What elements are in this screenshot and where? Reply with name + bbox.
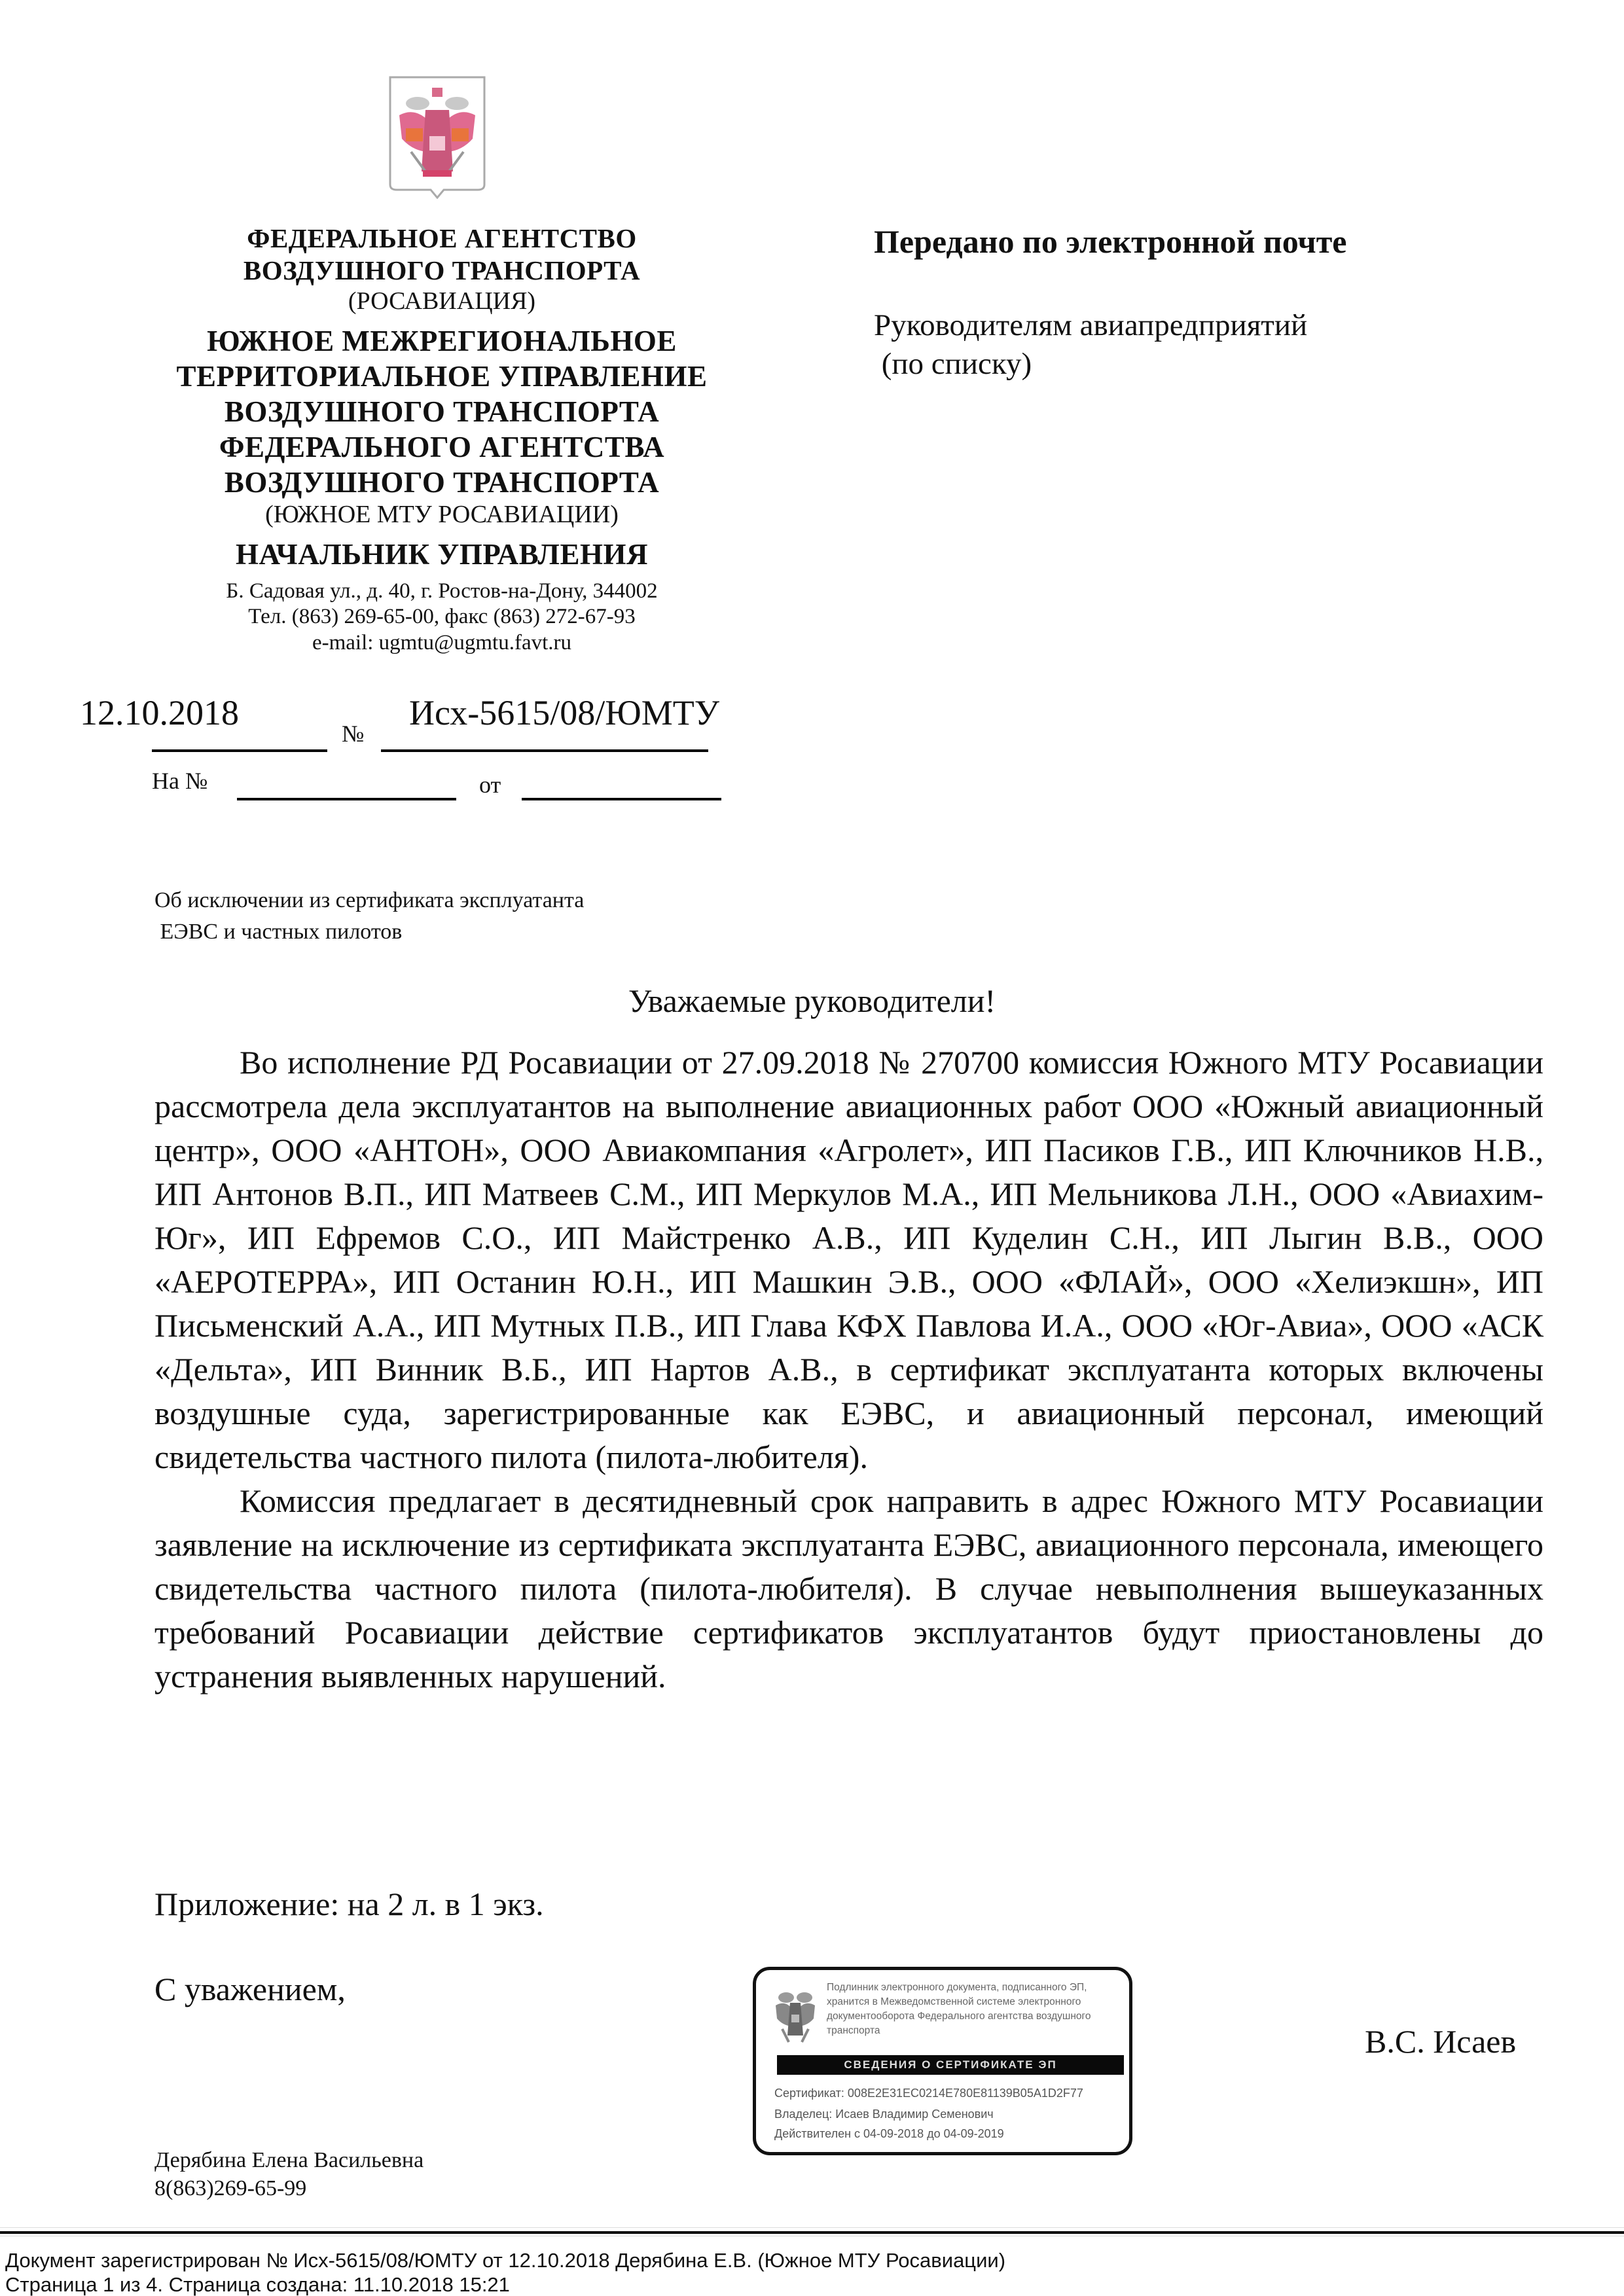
agency-name-line2: ВОЗДУШНОГО ТРАНСПОРТА (131, 255, 753, 287)
registration-footer: Документ зарегистрирован № Исх-5615/08/Ю… (5, 2229, 1005, 2296)
email[interactable]: e-mail: ugmtu@ugmtu.favt.ru (131, 630, 753, 656)
executor: Дерябина Елена Васильевна 8(863)269-65-9… (154, 2147, 424, 2202)
russian-coat-of-arms-icon (388, 73, 487, 199)
delivery-note: Передано по электронной почте (874, 223, 1528, 260)
russian-coat-of-arms-icon (773, 1986, 818, 2049)
registration-info: Документ зарегистрирован № Исх-5615/08/Ю… (5, 2248, 1005, 2272)
document-number: Исх-5615/08/ЮМТУ (409, 692, 719, 733)
department-name-line1: ЮЖНОЕ МЕЖРЕГИОНАЛЬНОЕ (131, 323, 753, 359)
greeting: Уважаемые руководители! (0, 982, 1624, 1020)
body-paragraph: Комиссия предлагает в десятидневный срок… (154, 1479, 1543, 1698)
agency-short-name: (РОСАВИАЦИЯ) (131, 287, 753, 317)
executor-phone: 8(863)269-65-99 (154, 2175, 424, 2203)
from-label: от (479, 771, 501, 798)
number-sign: № (342, 720, 364, 747)
page-info: Страница 1 из 4. Страница создана: 11.10… (5, 2272, 1005, 2296)
reply-to-label: На № (152, 767, 208, 795)
recipient-line2: (по списку) (874, 345, 1528, 384)
department-name-line5: ВОЗДУШНОГО ТРАНСПОРТА (131, 465, 753, 500)
subject-line1: Об исключении из сертификата эксплуатант… (154, 885, 584, 916)
signer-name: В.С. Исаев (1365, 2022, 1516, 2060)
phones: Тел. (863) 269-65-00, факс (863) 272-67-… (131, 604, 753, 630)
certificate-id: Сертификат: 008E2E31EC0214E780E81139B05A… (774, 2087, 1083, 2100)
department-short-name: (ЮЖНОЕ МТУ РОСАВИАЦИИ) (131, 500, 753, 530)
recipient-line1: Руководителям авиапредприятий (874, 306, 1528, 345)
address: Б. Садовая ул., д. 40, г. Ростов-на-Дону… (131, 579, 753, 605)
department-name-line2: ТЕРРИТОРИАЛЬНОЕ УПРАВЛЕНИЕ (131, 359, 753, 394)
number-underline (381, 749, 708, 752)
date-underline (152, 749, 327, 752)
from-field (522, 798, 721, 800)
signature-note: Подлинник электронного документа, подпис… (827, 1981, 1115, 2038)
electronic-signature-stamp: Подлинник электронного документа, подпис… (753, 1967, 1132, 2155)
certificate-validity: Действителен с 04-09-2018 до 04-09-2019 (774, 2127, 1004, 2141)
letter-body: Во исполнение РД Росавиации от 27.09.201… (154, 1041, 1543, 1698)
executor-name: Дерябина Елена Васильевна (154, 2147, 424, 2175)
reply-to-field (237, 798, 456, 800)
department-name-line4: ФЕДЕРАЛЬНОГО АГЕНТСТВА (131, 429, 753, 465)
certificate-owner: Владелец: Исаев Владимир Семенович (774, 2108, 994, 2121)
department-name-line3: ВОЗДУШНОГО ТРАНСПОРТА (131, 394, 753, 429)
agency-name-line1: ФЕДЕРАЛЬНОЕ АГЕНТСТВО (131, 223, 753, 255)
subject-line2: ЕЭВС и частных пилотов (154, 916, 584, 948)
letterhead: ФЕДЕРАЛЬНОЕ АГЕНТСТВО ВОЗДУШНОГО ТРАНСПО… (131, 223, 753, 656)
subject: Об исключении из сертификата эксплуатант… (154, 885, 584, 947)
position-title: НАЧАЛЬНИК УПРАВЛЕНИЯ (131, 537, 753, 572)
closing: С уважением, (154, 1970, 346, 2008)
document-date: 12.10.2018 (80, 692, 239, 733)
attachment-note: Приложение: на 2 л. в 1 экз. (154, 1885, 544, 1923)
body-paragraph: Во исполнение РД Росавиации от 27.09.201… (154, 1041, 1543, 1479)
recipient-block: Передано по электронной почте Руководите… (874, 223, 1528, 384)
footer-divider (0, 2227, 1624, 2228)
certificate-info-header: СВЕДЕНИЯ О СЕРТИФИКАТЕ ЭП (777, 2055, 1124, 2075)
